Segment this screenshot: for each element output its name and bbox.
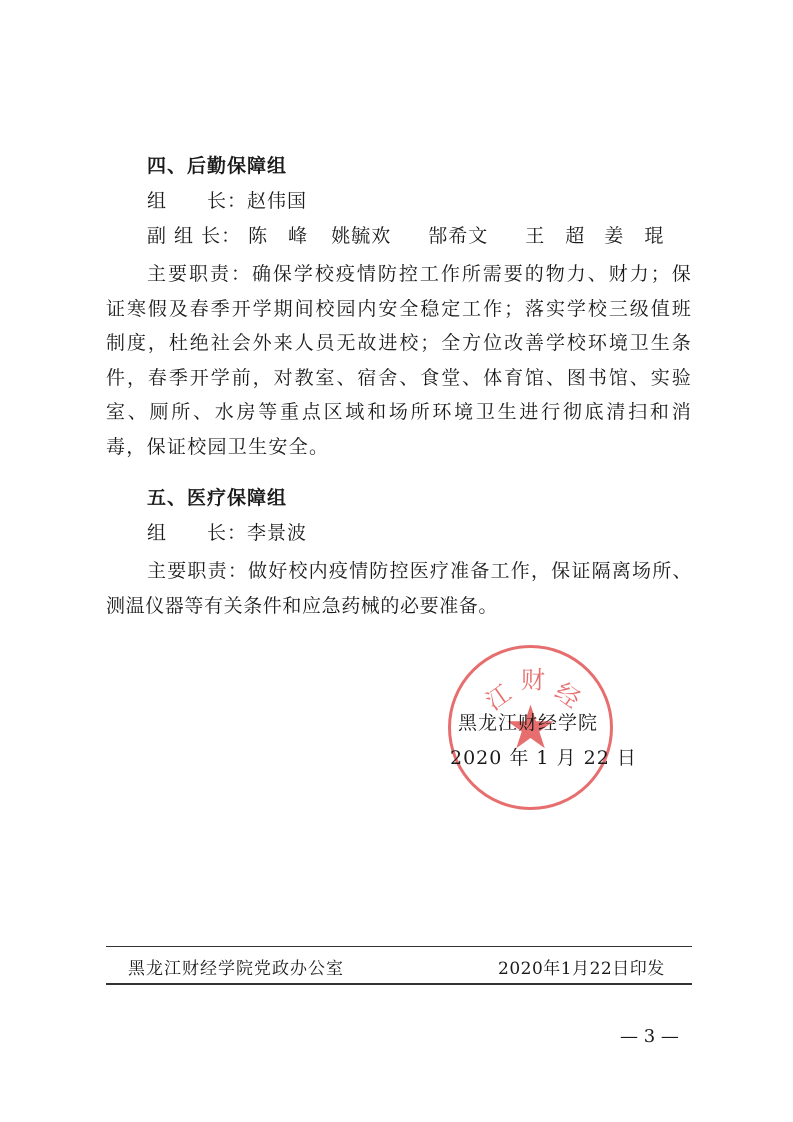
leader-name: 赵伟国 <box>247 190 307 212</box>
logistics-duties: 主要职责：确保学校疫情防控工作所需要的物力、财力；保证寒假及春季开学期间校园内安… <box>106 257 692 464</box>
medical-leader-row: 组 长：李景波 <box>147 521 307 545</box>
footer-issuer: 黑龙江财经学院党政办公室 <box>128 958 344 980</box>
deputy-label: 副 组 长： <box>147 225 241 247</box>
deputy-name: 郜希文 <box>428 224 508 248</box>
deputy-name: 陈 峰 <box>248 224 306 248</box>
deputy-name: 王 超 <box>525 224 583 248</box>
medical-duties: 主要职责：做好校内疫情防控医疗准备工作，保证隔离场所、测温仪器等有关条件和应急药… <box>106 554 692 623</box>
signature-date: 2020 年 1 月 22 日 <box>450 746 637 770</box>
leader-label: 组 长： <box>147 522 247 544</box>
leader-row: 组 长：赵伟国 <box>147 189 307 213</box>
footer-bottom-rule <box>106 983 692 985</box>
document-page: 四、后勤保障组 组 长：赵伟国 副 组 长： 陈 峰 姚毓欢 郜希文 王 超 姜… <box>0 0 793 1122</box>
page-number: — 3 — <box>620 1026 679 1048</box>
leader-name: 李景波 <box>247 522 307 544</box>
leader-label: 组 长： <box>147 190 247 212</box>
footer-top-rule <box>106 946 692 947</box>
deputy-name: 姚毓欢 <box>331 224 411 248</box>
deputy-name: 姜 琨 <box>604 224 662 248</box>
deputy-row: 副 组 长： 陈 峰 姚毓欢 郜希文 王 超 姜 琨 <box>147 224 662 248</box>
signature-org: 黑龙江财经学院 <box>458 711 598 735</box>
seal-char: 财 <box>521 660 545 695</box>
section-heading-medical: 五、医疗保障组 <box>147 486 287 510</box>
footer-issue-date: 2020年1月22日印发 <box>498 958 665 980</box>
section-heading-logistics: 四、后勤保障组 <box>147 154 287 178</box>
